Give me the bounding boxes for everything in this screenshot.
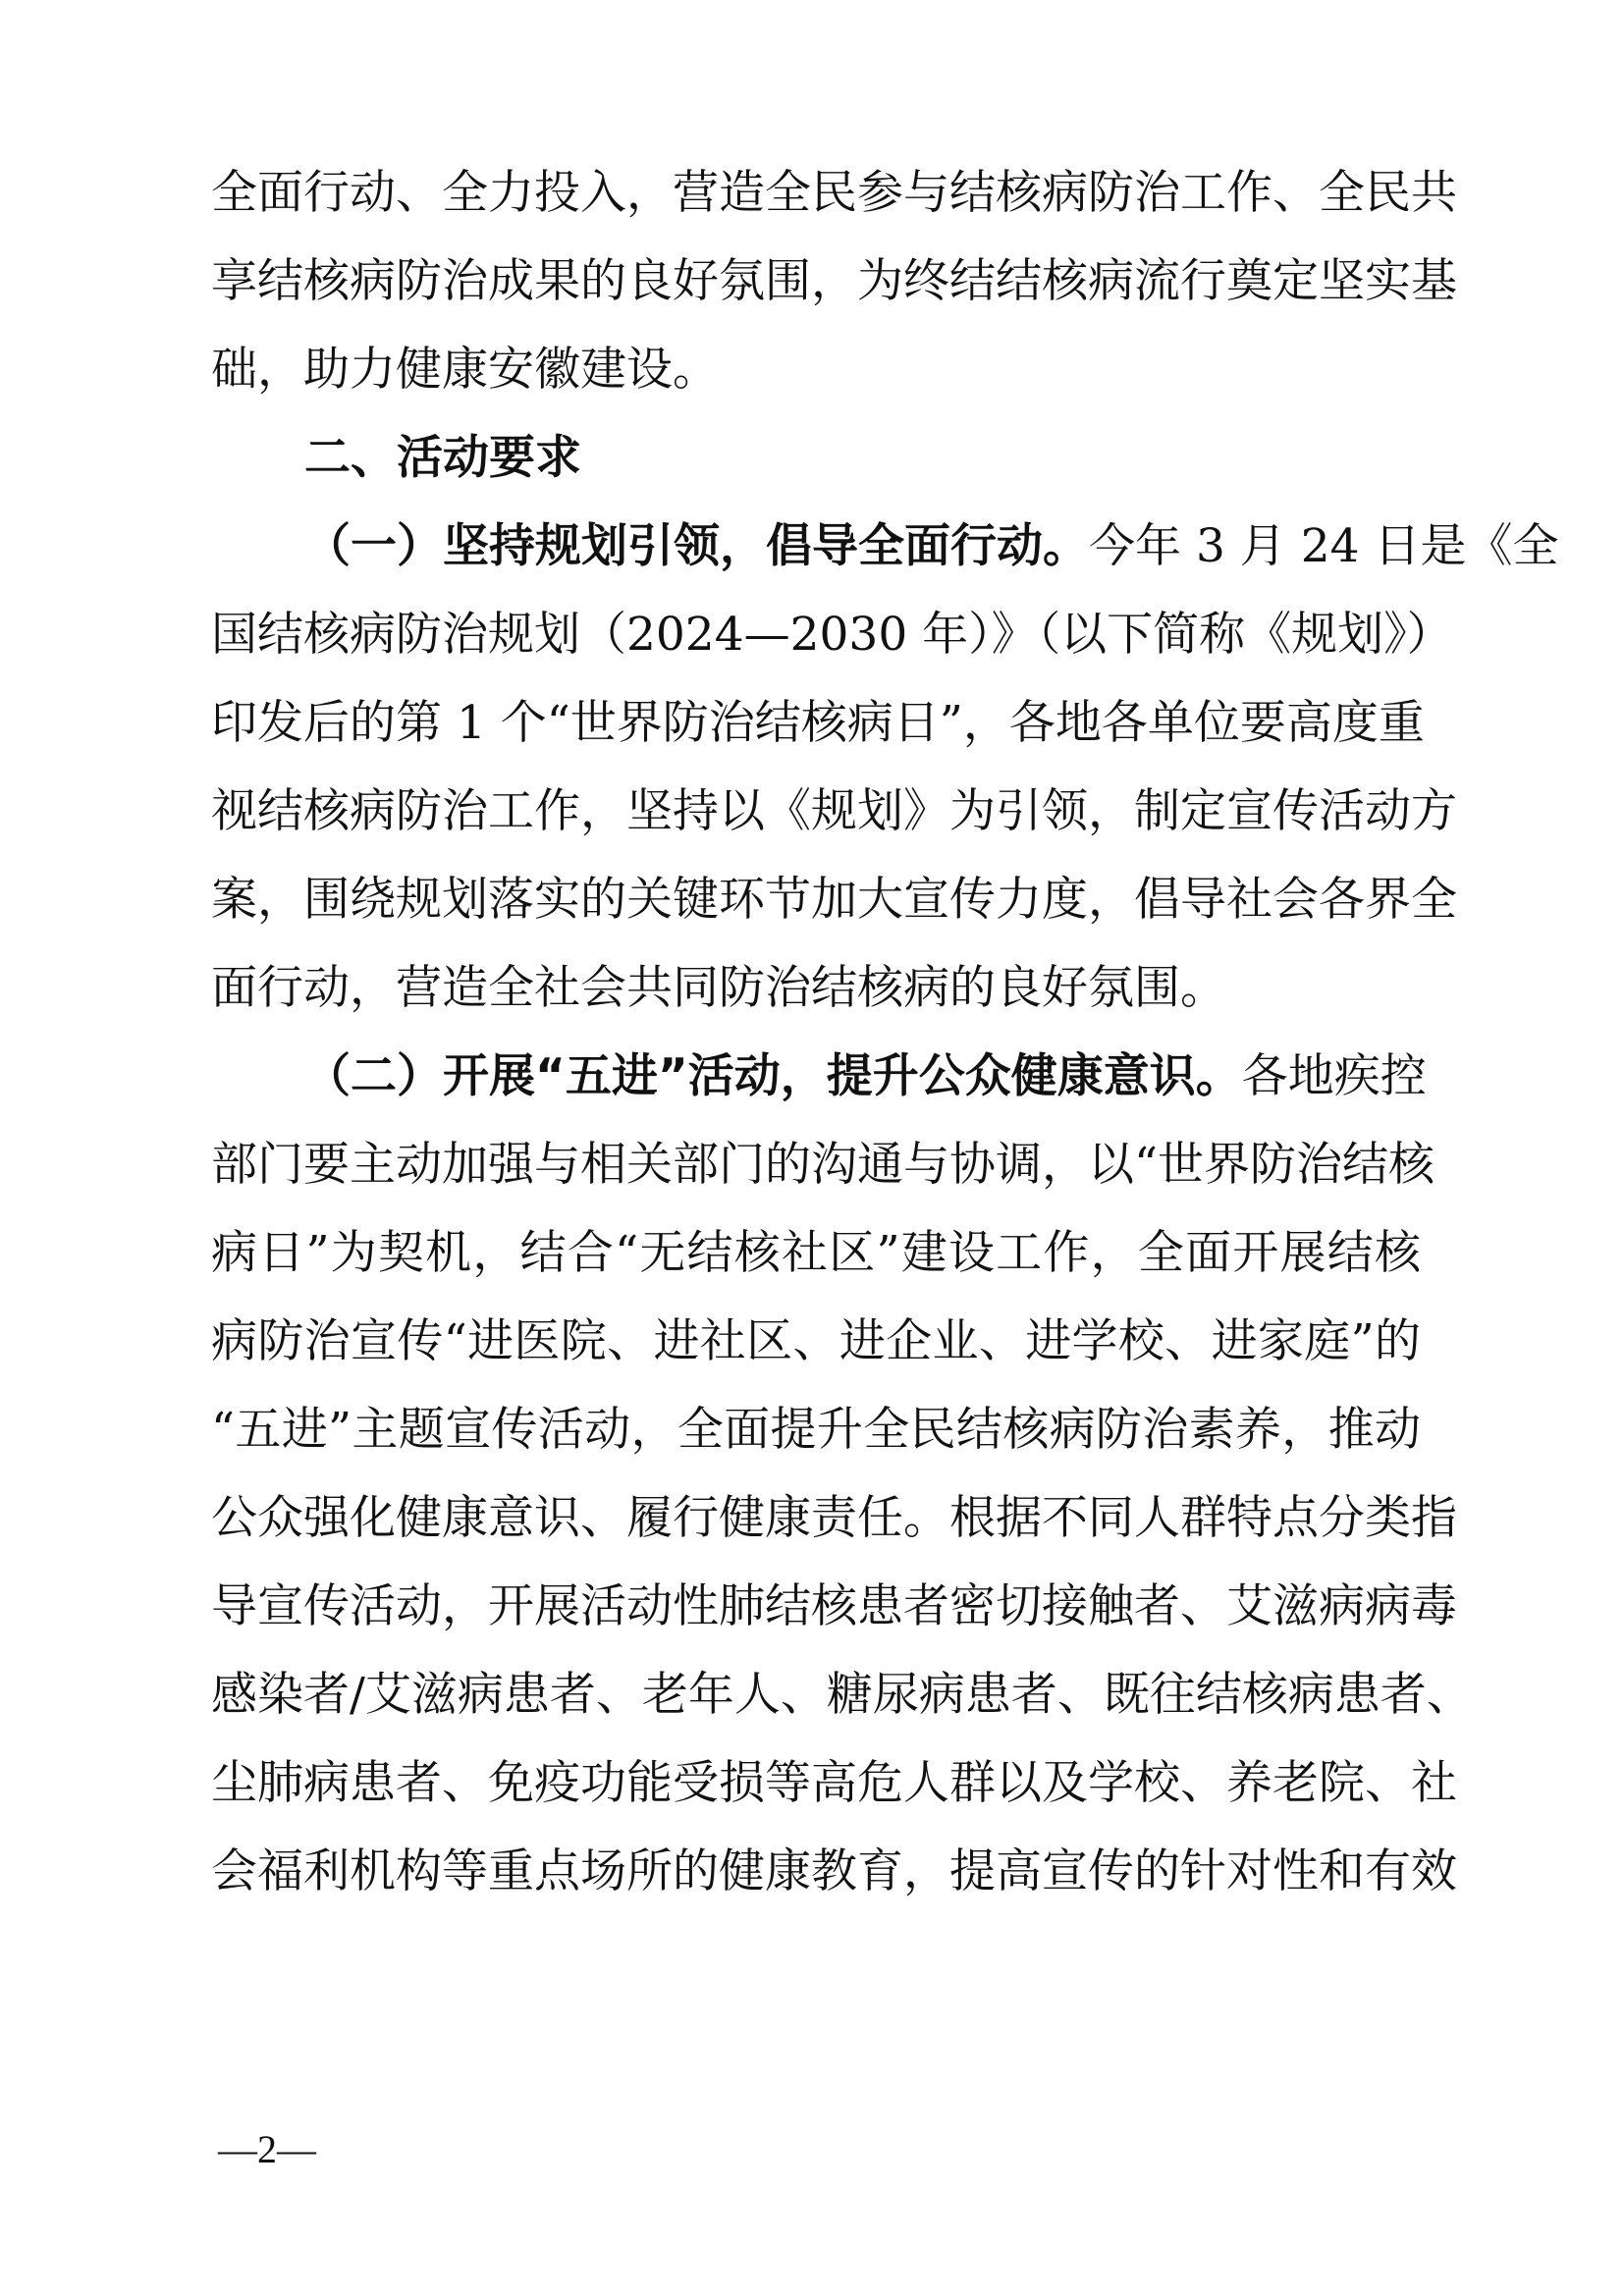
body-text-line: 全面行动、全力投入，营造全民参与结核病防治工作、全民共: [211, 164, 1421, 223]
body-text-line: 享结核病防治成果的良好氛围，为终结结核病流行奠定坚实基: [211, 252, 1421, 311]
body-text-line: “五进”主题宣传活动，全面提升全民结核病防治素养，推动: [211, 1401, 1421, 1460]
body-text-line: 面行动，营造全社会共同防治结核病的良好氛围。: [211, 959, 1421, 1018]
body-text-line: 病防治宣传“进医院、进社区、进企业、进学校、进家庭”的: [211, 1312, 1421, 1371]
item1-title: （一）坚持规划引领，倡导全面行动。: [304, 519, 1089, 573]
body-text-line: 视结核病防治工作，坚持以《规划》为引领，制定宣传活动方: [211, 782, 1421, 841]
body-text-line: 国结核病防治规划（2024—2030 年）》（以下简称《规划》）: [211, 606, 1421, 665]
body-text-line: 部门要主动加强与相关部门的沟通与协调，以“世界防治结核: [211, 1136, 1421, 1195]
body-text-line: 会福利机构等重点场所的健康教育，提高宣传的针对性和有效: [211, 1842, 1421, 1901]
body-text-line: 感染者/艾滋病患者、老年人、糖尿病患者、既往结核病患者、: [211, 1666, 1421, 1725]
item2-text: 各地疾控: [1242, 1049, 1427, 1103]
page-number: —2—: [218, 2125, 316, 2174]
section-heading: 二、活动要求: [304, 429, 581, 488]
body-text-line: 导宣传活动，开展活动性肺结核患者密切接触者、艾滋病病毒: [211, 1577, 1421, 1636]
item2-title: （二）开展“五进”活动，提升公众健康意识。: [304, 1049, 1242, 1103]
body-text-line: 印发后的第 1 个“世界防治结核病日”，各地各单位要高度重: [211, 694, 1421, 753]
body-text-line: 案，围绕规划落实的关键环节加大宣传力度，倡导社会各界全: [211, 871, 1421, 930]
item2-first-line: （二）开展“五进”活动，提升公众健康意识。各地疾控: [304, 1047, 1421, 1106]
item1-text: 今年 3 月 24 日是《全: [1089, 519, 1558, 573]
body-text-line: 病日”为契机，结合“无结核社区”建设工作，全面开展结核: [211, 1224, 1421, 1283]
item1-first-line: （一）坚持规划引领，倡导全面行动。今年 3 月 24 日是《全: [304, 517, 1421, 576]
body-text-line: 公众强化健康意识、履行健康责任。根据不同人群特点分类指: [211, 1489, 1421, 1548]
body-text-line: 础，助力健康安徽建设。: [211, 341, 1421, 400]
document-page: 全面行动、全力投入，营造全民参与结核病防治工作、全民共 享结核病防治成果的良好氛…: [0, 0, 1624, 2296]
body-text-line: 尘肺病患者、免疫功能受损等高危人群以及学校、养老院、社: [211, 1754, 1421, 1813]
